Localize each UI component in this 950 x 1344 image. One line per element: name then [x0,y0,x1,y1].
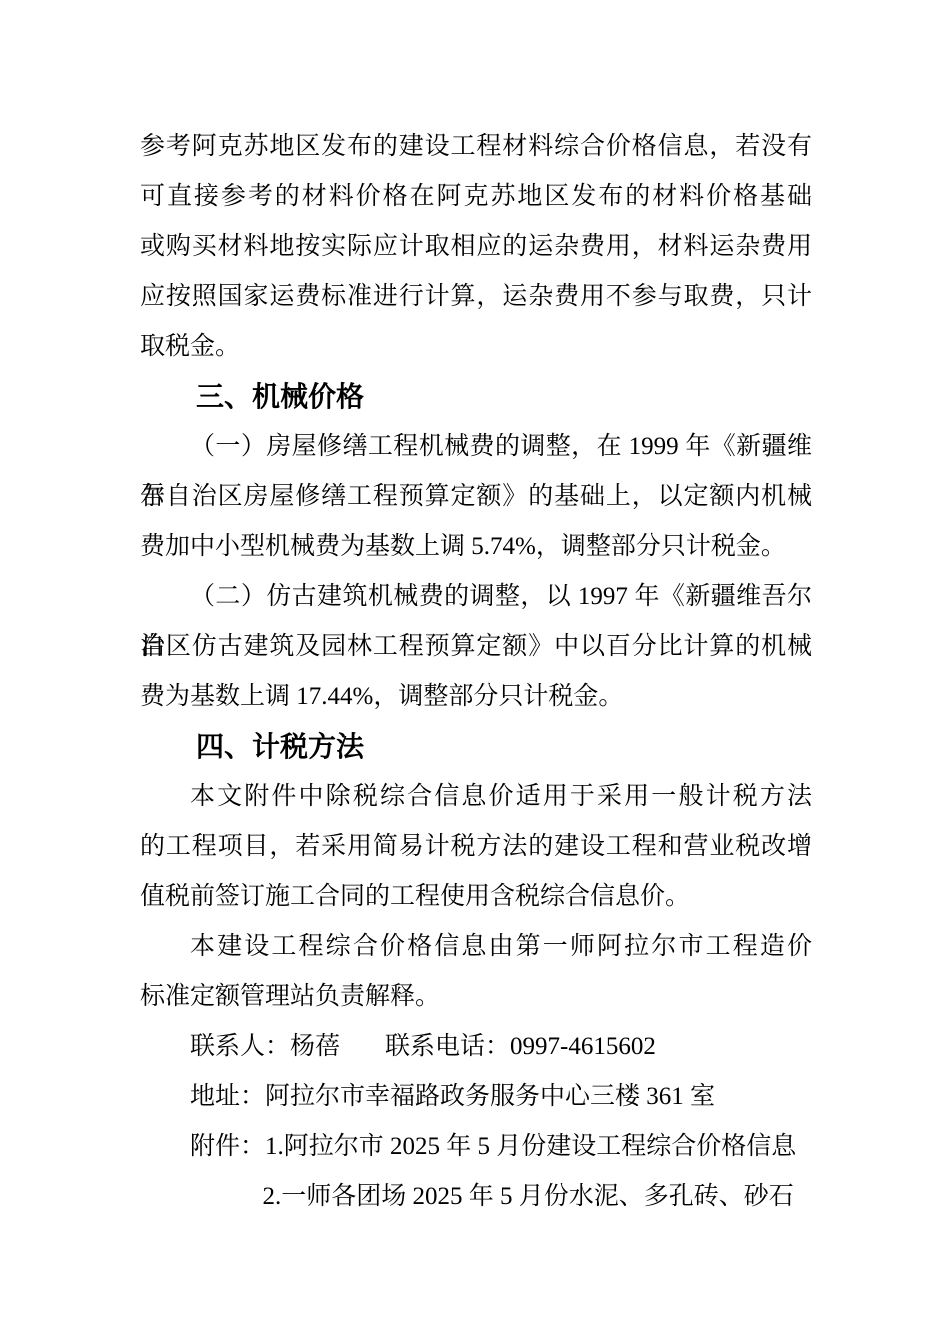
body-line: 费加中小型机械费为基数上调 5.74%，调整部分只计税金。 [140,522,812,572]
body-line: （二）仿古建筑机械费的调整，以 1997 年《新疆维吾尔自 [140,572,812,622]
body-line: 标准定额管理站负责解释。 [140,972,812,1022]
attachment-line-1: 附件：1.阿拉尔市 2025 年 5 月份建设工程综合价格信息 [140,1122,812,1172]
body-line: 或购买材料地按实际应计取相应的运杂费用，材料运杂费用 [140,222,812,272]
section-heading-machinery: 三、机械价格 [140,372,812,422]
body-line: 可直接参考的材料价格在阿克苏地区发布的材料价格基础 [140,172,812,222]
body-line: 的工程项目，若采用简易计税方法的建设工程和营业税改增 [140,822,812,872]
contact-phone-number: 0997-4615602 [510,1033,656,1060]
body-line: 应按照国家运费标准进行计算，运杂费用不参与取费，只计 [140,272,812,322]
contact-person-label: 联系人： [190,1033,290,1060]
body-line: 本建设工程综合价格信息由第一师阿拉尔市工程造价 [140,922,812,972]
body-line: 值税前签订施工合同的工程使用含税综合信息价。 [140,872,812,922]
contact-phone-label: 联系电话： [385,1033,510,1060]
contact-person-name: 杨蓓 [290,1033,340,1060]
body-line: 参考阿克苏地区发布的建设工程材料综合价格信息，若没有 [140,122,812,172]
body-line: 治区仿古建筑及园林工程预算定额》中以百分比计算的机械 [140,622,812,672]
address-line: 地址：阿拉尔市幸福路政务服务中心三楼 361 室 [140,1072,812,1122]
document-page: 参考阿克苏地区发布的建设工程材料综合价格信息，若没有 可直接参考的材料价格在阿克… [0,0,950,1344]
body-line: 取税金。 [140,322,812,372]
body-line: 费为基数上调 17.44%，调整部分只计税金。 [140,672,812,722]
contact-line: 联系人：杨蓓联系电话：0997-4615602 [140,1022,812,1072]
body-line: （一）房屋修缮工程机械费的调整，在 1999 年《新疆维吾 [140,422,812,472]
attachment-line-2: 2.一师各团场 2025 年 5 月份水泥、多孔砖、砂石 [140,1172,812,1222]
body-line: 尔自治区房屋修缮工程预算定额》的基础上，以定额内机械 [140,472,812,522]
body-line: 本文附件中除税综合信息价适用于采用一般计税方法 [140,772,812,822]
section-heading-tax: 四、计税方法 [140,722,812,772]
